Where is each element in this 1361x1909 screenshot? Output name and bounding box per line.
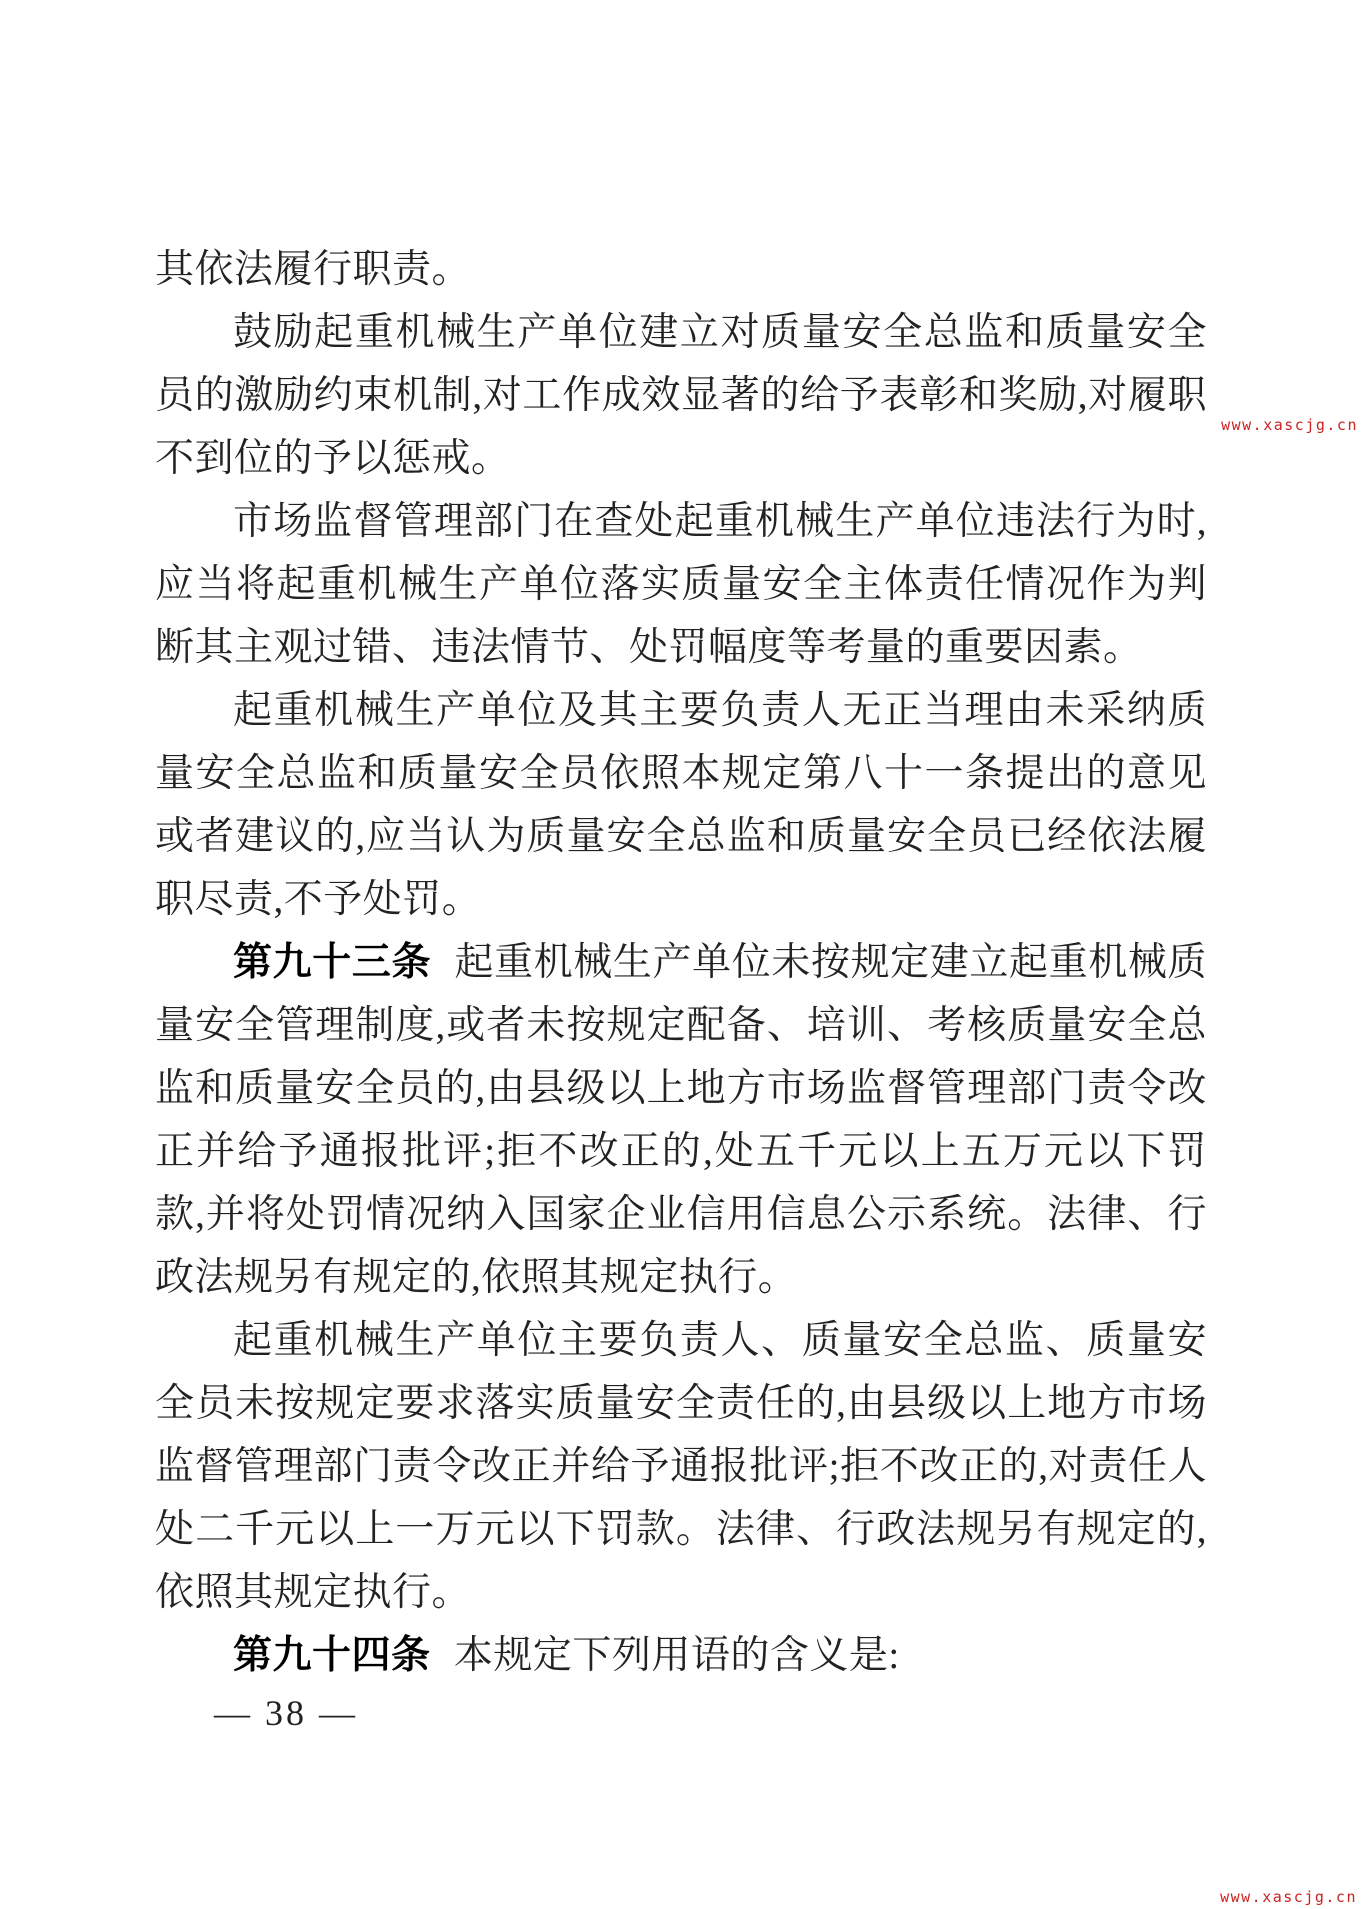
paragraph-text: 起重机械生产单位主要负责人、质量安全总监、质量安全员未按规定要求落实质量安全责任… (155, 1319, 1207, 1614)
paragraph-article-94: 第九十四条本规定下列用语的含义是: (155, 1624, 1207, 1687)
paragraph: 其依法履行职责。 (155, 238, 1207, 301)
watermark-url: www.xascjg.cn (1221, 416, 1358, 434)
paragraph-text: 起重机械生产单位及其主要负责人无正当理由未采纳质量安全总监和质量安全员依照本规定… (155, 689, 1207, 921)
paragraph-text: 市场监督管理部门在查处起重机械生产单位违法行为时,应当将起重机械生产单位落实质量… (155, 500, 1207, 669)
paragraph-text: 其依法履行职责。 (155, 248, 471, 291)
paragraph: 鼓励起重机械生产单位建立对质量安全总监和质量安全员的激励约束机制,对工作成效显著… (155, 301, 1207, 490)
paragraph-text: 鼓励起重机械生产单位建立对质量安全总监和质量安全员的激励约束机制,对工作成效显著… (155, 311, 1207, 480)
document-body: 其依法履行职责。 鼓励起重机械生产单位建立对质量安全总监和质量安全员的激励约束机… (155, 238, 1207, 1687)
document-page: 其依法履行职责。 鼓励起重机械生产单位建立对质量安全总监和质量安全员的激励约束机… (0, 0, 1361, 1909)
article-number: 第九十四条 (233, 1634, 431, 1677)
paragraph-article-93: 第九十三条起重机械生产单位未按规定建立起重机械质量安全管理制度,或者未按规定配备… (155, 931, 1207, 1309)
watermark-url: www.xascjg.cn (1220, 1888, 1357, 1906)
paragraph: 市场监督管理部门在查处起重机械生产单位违法行为时,应当将起重机械生产单位落实质量… (155, 490, 1207, 679)
paragraph: 起重机械生产单位及其主要负责人无正当理由未采纳质量安全总监和质量安全员依照本规定… (155, 679, 1207, 931)
paragraph: 起重机械生产单位主要负责人、质量安全总监、质量安全员未按规定要求落实质量安全责任… (155, 1309, 1207, 1624)
article-number: 第九十三条 (233, 941, 431, 984)
paragraph-text: 本规定下列用语的含义是: (454, 1634, 900, 1677)
paragraph-text: 起重机械生产单位未按规定建立起重机械质量安全管理制度,或者未按规定配备、培训、考… (155, 941, 1207, 1299)
page-number: — 38 — (214, 1692, 358, 1734)
